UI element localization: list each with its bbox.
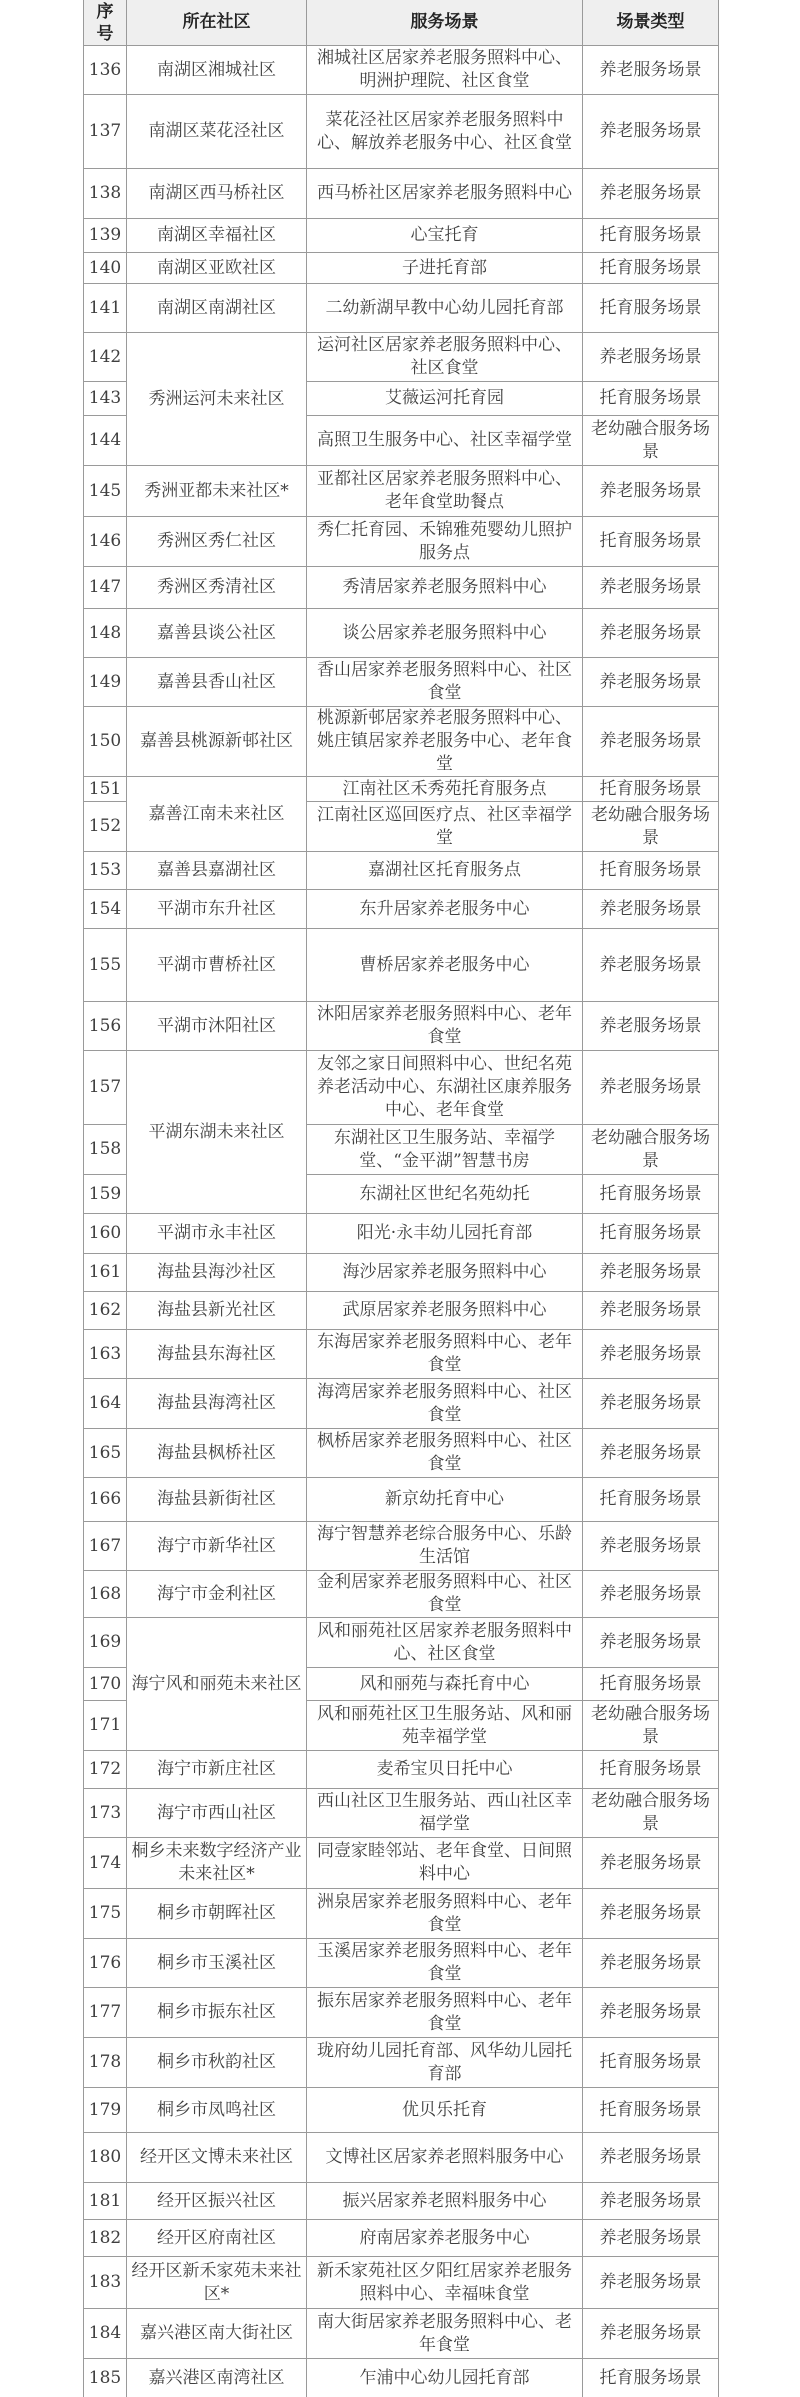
community-cell: 经开区府南社区 [127,2220,307,2257]
service-scene-cell: 秀清居家养老服务照料中心 [307,567,583,609]
community-cell: 南湖区幸福社区 [127,219,307,253]
community-cell: 南湖区亚欧社区 [127,253,307,284]
scene-type-cell: 托育服务场景 [583,253,719,284]
table-row: 145秀洲亚都未来社区*亚都社区居家养老服务照料中心、老年食堂助餐点养老服务场景 [84,466,719,517]
community-cell: 平湖东湖未来社区 [127,1051,307,1214]
row-number: 142 [84,333,127,382]
service-scene-cell: 风和丽苑与森托育中心 [307,1668,583,1701]
community-cell: 秀洲区秀仁社区 [127,517,307,567]
scene-type-cell: 养老服务场景 [583,1618,719,1668]
service-scene-cell: 运河社区居家养老服务照料中心、社区食堂 [307,333,583,382]
service-scene-cell: 府南居家养老服务中心 [307,2220,583,2257]
community-cell: 南湖区湘城社区 [127,46,307,95]
scene-type-cell: 养老服务场景 [583,707,719,777]
community-cell: 海宁市新庄社区 [127,1751,307,1789]
table-body: 136南湖区湘城社区湘城社区居家养老服务照料中心、明洲护理院、社区食堂养老服务场… [84,46,719,2397]
scene-type-cell: 托育服务场景 [583,2359,719,2397]
service-scene-cell: 振兴居家养老照料服务中心 [307,2183,583,2220]
table-row: 142秀洲运河未来社区运河社区居家养老服务照料中心、社区食堂养老服务场景 [84,333,719,382]
scene-type-cell: 养老服务场景 [583,1522,719,1571]
table-row: 156平湖市沐阳社区沐阳居家养老服务照料中心、老年食堂养老服务场景 [84,1002,719,1051]
table-row: 162海盐县新光社区武原居家养老服务照料中心养老服务场景 [84,1292,719,1330]
service-scene-cell: 东湖社区世纪名苑幼托 [307,1175,583,1214]
scene-type-cell: 托育服务场景 [583,1175,719,1214]
row-number: 163 [84,1330,127,1379]
scene-type-cell: 托育服务场景 [583,517,719,567]
scene-type-cell: 养老服务场景 [583,95,719,169]
header-community: 所在社区 [127,0,307,46]
service-scene-cell: 枫桥居家养老服务照料中心、社区食堂 [307,1429,583,1478]
table-row: 184嘉兴港区南大街社区南大街居家养老服务照料中心、老年食堂养老服务场景 [84,2309,719,2359]
community-cell: 海盐县海沙社区 [127,1254,307,1292]
table-row: 169海宁风和丽苑未来社区风和丽苑社区居家养老服务照料中心、社区食堂养老服务场景 [84,1618,719,1668]
service-scene-cell: 东海居家养老服务照料中心、老年食堂 [307,1330,583,1379]
row-number: 168 [84,1571,127,1618]
community-cell: 嘉善县嘉湖社区 [127,852,307,890]
service-scene-cell: 优贝乐托育 [307,2088,583,2133]
table-row: 172海宁市新庄社区麦希宝贝日托中心托育服务场景 [84,1751,719,1789]
table-row: 149嘉善县香山社区香山居家养老服务照料中心、社区食堂养老服务场景 [84,658,719,707]
community-cell: 经开区文博未来社区 [127,2133,307,2183]
service-scene-cell: 海沙居家养老服务照料中心 [307,1254,583,1292]
community-cell: 海盐县东海社区 [127,1330,307,1379]
community-cell: 南湖区菜花泾社区 [127,95,307,169]
row-number: 160 [84,1214,127,1254]
community-cell: 海宁市新华社区 [127,1522,307,1571]
service-scene-cell: 江南社区巡回医疗点、社区幸福学堂 [307,802,583,852]
scene-type-cell: 老幼融合服务场景 [583,1789,719,1838]
community-cell: 南湖区西马桥社区 [127,169,307,219]
service-scene-cell: 玉溪居家养老服务照料中心、老年食堂 [307,1939,583,1988]
community-cell: 秀洲亚都未来社区* [127,466,307,517]
community-cell: 海盐县新街社区 [127,1478,307,1522]
community-cell: 南湖区南湖社区 [127,284,307,333]
row-number: 159 [84,1175,127,1214]
community-scenes-table: 序号 所在社区 服务场景 场景类型 136南湖区湘城社区湘城社区居家养老服务照料… [83,0,719,2397]
row-number: 157 [84,1051,127,1125]
table-row: 160平湖市永丰社区阳光·永丰幼儿园托育部托育服务场景 [84,1214,719,1254]
row-number: 180 [84,2133,127,2183]
scene-type-cell: 养老服务场景 [583,1002,719,1051]
row-number: 161 [84,1254,127,1292]
service-scene-cell: 谈公居家养老服务照料中心 [307,609,583,658]
scene-type-cell: 养老服务场景 [583,890,719,929]
row-number: 182 [84,2220,127,2257]
service-scene-cell: 新禾家苑社区夕阳红居家养老服务照料中心、幸福味食堂 [307,2257,583,2309]
service-scene-cell: 友邻之家日间照料中心、世纪名苑养老活动中心、东湖社区康养服务中心、老年食堂 [307,1051,583,1125]
service-scene-cell: 东升居家养老服务中心 [307,890,583,929]
table-row: 150嘉善县桃源新邨社区桃源新邨居家养老服务照料中心、姚庄镇居家养老服务中心、老… [84,707,719,777]
table-row: 174桐乡未来数字经济产业未来社区*同壹家睦邻站、老年食堂、日间照料中心养老服务… [84,1838,719,1889]
row-number: 154 [84,890,127,929]
table-row: 178桐乡市秋韵社区珑府幼儿园托育部、风华幼儿园托育部托育服务场景 [84,2038,719,2088]
table-row: 173海宁市西山社区西山社区卫生服务站、西山社区幸福学堂老幼融合服务场景 [84,1789,719,1838]
community-cell: 海盐县枫桥社区 [127,1429,307,1478]
community-cell: 平湖市曹桥社区 [127,929,307,1002]
community-cell: 嘉兴港区南大街社区 [127,2309,307,2359]
community-cell: 经开区振兴社区 [127,2183,307,2220]
community-cell: 海宁市西山社区 [127,1789,307,1838]
service-scene-cell: 武原居家养老服务照料中心 [307,1292,583,1330]
row-number: 147 [84,567,127,609]
row-number: 144 [84,416,127,466]
row-number: 171 [84,1701,127,1751]
service-scene-cell: 嘉湖社区托育服务点 [307,852,583,890]
row-number: 151 [84,777,127,802]
service-scene-cell: 江南社区禾秀苑托育服务点 [307,777,583,802]
community-cell: 经开区新禾家苑未来社区* [127,2257,307,2309]
row-number: 170 [84,1668,127,1701]
service-scene-cell: 同壹家睦邻站、老年食堂、日间照料中心 [307,1838,583,1889]
row-number: 167 [84,1522,127,1571]
row-number: 150 [84,707,127,777]
community-cell: 海盐县海湾社区 [127,1379,307,1429]
service-scene-cell: 乍浦中心幼儿园托育部 [307,2359,583,2397]
service-scene-cell: 金利居家养老服务照料中心、社区食堂 [307,1571,583,1618]
row-number: 178 [84,2038,127,2088]
service-scene-cell: 香山居家养老服务照料中心、社区食堂 [307,658,583,707]
row-number: 185 [84,2359,127,2397]
scene-type-cell: 老幼融合服务场景 [583,1125,719,1175]
service-scene-cell: 文博社区居家养老照料服务中心 [307,2133,583,2183]
table-row: 167海宁市新华社区海宁智慧养老综合服务中心、乐龄生活馆养老服务场景 [84,1522,719,1571]
scene-type-cell: 养老服务场景 [583,1292,719,1330]
table-row: 154平湖市东升社区东升居家养老服务中心养老服务场景 [84,890,719,929]
community-cell: 嘉善江南未来社区 [127,777,307,852]
row-number: 177 [84,1988,127,2038]
community-cell: 海宁风和丽苑未来社区 [127,1618,307,1751]
header-scene: 服务场景 [307,0,583,46]
table-row: 153嘉善县嘉湖社区嘉湖社区托育服务点托育服务场景 [84,852,719,890]
scene-type-cell: 养老服务场景 [583,1429,719,1478]
community-cell: 平湖市东升社区 [127,890,307,929]
scene-type-cell: 养老服务场景 [583,929,719,1002]
row-number: 165 [84,1429,127,1478]
row-number: 181 [84,2183,127,2220]
service-scene-cell: 沐阳居家养老服务照料中心、老年食堂 [307,1002,583,1051]
community-cell: 桐乡市朝晖社区 [127,1889,307,1939]
service-scene-cell: 风和丽苑社区卫生服务站、风和丽苑幸福学堂 [307,1701,583,1751]
row-number: 153 [84,852,127,890]
community-cell: 桐乡市振东社区 [127,1988,307,2038]
row-number: 175 [84,1889,127,1939]
table-row: 140南湖区亚欧社区子进托育部托育服务场景 [84,253,719,284]
service-scene-cell: 曹桥居家养老服务中心 [307,929,583,1002]
table-row: 138南湖区西马桥社区西马桥社区居家养老服务照料中心养老服务场景 [84,169,719,219]
header-no: 序号 [84,0,127,46]
scene-type-cell: 养老服务场景 [583,2183,719,2220]
scene-type-cell: 养老服务场景 [583,609,719,658]
service-scene-cell: 秀仁托育园、禾锦雅苑婴幼儿照护服务点 [307,517,583,567]
service-scene-cell: 桃源新邨居家养老服务照料中心、姚庄镇居家养老服务中心、老年食堂 [307,707,583,777]
table-row: 168海宁市金利社区金利居家养老服务照料中心、社区食堂养老服务场景 [84,1571,719,1618]
scene-type-cell: 老幼融合服务场景 [583,802,719,852]
community-cell: 嘉善县香山社区 [127,658,307,707]
table-row: 146秀洲区秀仁社区秀仁托育园、禾锦雅苑婴幼儿照护服务点托育服务场景 [84,517,719,567]
service-scene-cell: 艾薇运河托育园 [307,382,583,416]
service-scene-cell: 阳光·永丰幼儿园托育部 [307,1214,583,1254]
service-scene-cell: 湘城社区居家养老服务照料中心、明洲护理院、社区食堂 [307,46,583,95]
service-scene-cell: 南大街居家养老服务照料中心、老年食堂 [307,2309,583,2359]
scene-type-cell: 养老服务场景 [583,1330,719,1379]
row-number: 173 [84,1789,127,1838]
scene-type-cell: 托育服务场景 [583,2038,719,2088]
scene-type-cell: 养老服务场景 [583,1051,719,1125]
row-number: 146 [84,517,127,567]
community-cell: 桐乡未来数字经济产业未来社区* [127,1838,307,1889]
scene-type-cell: 托育服务场景 [583,1214,719,1254]
service-scene-cell: 心宝托育 [307,219,583,253]
table-row: 136南湖区湘城社区湘城社区居家养老服务照料中心、明洲护理院、社区食堂养老服务场… [84,46,719,95]
community-cell: 桐乡市玉溪社区 [127,1939,307,1988]
scene-type-cell: 托育服务场景 [583,1751,719,1789]
row-number: 166 [84,1478,127,1522]
service-scene-cell: 西马桥社区居家养老服务照料中心 [307,169,583,219]
table-row: 183经开区新禾家苑未来社区*新禾家苑社区夕阳红居家养老服务照料中心、幸福味食堂… [84,2257,719,2309]
scene-type-cell: 托育服务场景 [583,284,719,333]
scene-type-cell: 养老服务场景 [583,466,719,517]
scene-type-cell: 托育服务场景 [583,852,719,890]
table-row: 163海盐县东海社区东海居家养老服务照料中心、老年食堂养老服务场景 [84,1330,719,1379]
service-scene-cell: 菜花泾社区居家养老服务照料中心、解放养老服务中心、社区食堂 [307,95,583,169]
scene-type-cell: 托育服务场景 [583,1478,719,1522]
service-scene-cell: 珑府幼儿园托育部、风华幼儿园托育部 [307,2038,583,2088]
row-number: 158 [84,1125,127,1175]
table-row: 165海盐县枫桥社区枫桥居家养老服务照料中心、社区食堂养老服务场景 [84,1429,719,1478]
scene-type-cell: 托育服务场景 [583,1668,719,1701]
scene-type-cell: 养老服务场景 [583,1571,719,1618]
community-cell: 桐乡市秋韵社区 [127,2038,307,2088]
table-row: 155平湖市曹桥社区曹桥居家养老服务中心养老服务场景 [84,929,719,1002]
service-scene-cell: 海宁智慧养老综合服务中心、乐龄生活馆 [307,1522,583,1571]
service-scene-cell: 振东居家养老服务照料中心、老年食堂 [307,1988,583,2038]
header-type: 场景类型 [583,0,719,46]
scene-type-cell: 托育服务场景 [583,219,719,253]
scene-type-cell: 养老服务场景 [583,46,719,95]
table-row: 151嘉善江南未来社区江南社区禾秀苑托育服务点托育服务场景 [84,777,719,802]
service-scene-cell: 东湖社区卫生服务站、幸福学堂、“金平湖”智慧书房 [307,1125,583,1175]
scene-type-cell: 老幼融合服务场景 [583,1701,719,1751]
row-number: 179 [84,2088,127,2133]
table-row: 181经开区振兴社区振兴居家养老照料服务中心养老服务场景 [84,2183,719,2220]
table-row: 147秀洲区秀清社区秀清居家养老服务照料中心养老服务场景 [84,567,719,609]
community-cell: 嘉善县谈公社区 [127,609,307,658]
scene-type-cell: 养老服务场景 [583,2133,719,2183]
row-number: 137 [84,95,127,169]
scene-type-cell: 养老服务场景 [583,1838,719,1889]
row-number: 156 [84,1002,127,1051]
service-scene-cell: 麦希宝贝日托中心 [307,1751,583,1789]
row-number: 152 [84,802,127,852]
row-number: 176 [84,1939,127,1988]
row-number: 140 [84,253,127,284]
scene-type-cell: 养老服务场景 [583,169,719,219]
table-header-row: 序号 所在社区 服务场景 场景类型 [84,0,719,46]
community-cell: 桐乡市凤鸣社区 [127,2088,307,2133]
service-scene-cell: 洲泉居家养老服务照料中心、老年食堂 [307,1889,583,1939]
scene-type-cell: 养老服务场景 [583,2220,719,2257]
row-number: 145 [84,466,127,517]
scene-type-cell: 养老服务场景 [583,2257,719,2309]
row-number: 174 [84,1838,127,1889]
scene-type-cell: 养老服务场景 [583,1988,719,2038]
scene-type-cell: 养老服务场景 [583,658,719,707]
row-number: 155 [84,929,127,1002]
table-row: 179桐乡市凤鸣社区优贝乐托育托育服务场景 [84,2088,719,2133]
table-row: 148嘉善县谈公社区谈公居家养老服务照料中心养老服务场景 [84,609,719,658]
table-row: 180经开区文博未来社区文博社区居家养老照料服务中心养老服务场景 [84,2133,719,2183]
community-cell: 秀洲运河未来社区 [127,333,307,466]
table-row: 177桐乡市振东社区振东居家养老服务照料中心、老年食堂养老服务场景 [84,1988,719,2038]
community-cell: 平湖市永丰社区 [127,1214,307,1254]
row-number: 169 [84,1618,127,1668]
service-scene-cell: 亚都社区居家养老服务照料中心、老年食堂助餐点 [307,466,583,517]
table-row: 182经开区府南社区府南居家养老服务中心养老服务场景 [84,2220,719,2257]
row-number: 149 [84,658,127,707]
row-number: 141 [84,284,127,333]
table-row: 141南湖区南湖社区二幼新湖早教中心幼儿园托育部托育服务场景 [84,284,719,333]
scene-type-cell: 托育服务场景 [583,2088,719,2133]
scene-type-cell: 养老服务场景 [583,567,719,609]
service-scene-cell: 二幼新湖早教中心幼儿园托育部 [307,284,583,333]
table-row: 164海盐县海湾社区海湾居家养老服务照料中心、社区食堂养老服务场景 [84,1379,719,1429]
table-row: 161海盐县海沙社区海沙居家养老服务照料中心养老服务场景 [84,1254,719,1292]
community-cell: 秀洲区秀清社区 [127,567,307,609]
scene-type-cell: 养老服务场景 [583,333,719,382]
row-number: 139 [84,219,127,253]
row-number: 184 [84,2309,127,2359]
scene-type-cell: 养老服务场景 [583,1379,719,1429]
row-number: 138 [84,169,127,219]
community-cell: 海宁市金利社区 [127,1571,307,1618]
row-number: 162 [84,1292,127,1330]
table-row: 175桐乡市朝晖社区洲泉居家养老服务照料中心、老年食堂养老服务场景 [84,1889,719,1939]
table-row: 176桐乡市玉溪社区玉溪居家养老服务照料中心、老年食堂养老服务场景 [84,1939,719,1988]
community-cell: 嘉兴港区南湾社区 [127,2359,307,2397]
service-scene-cell: 风和丽苑社区居家养老服务照料中心、社区食堂 [307,1618,583,1668]
service-scene-cell: 海湾居家养老服务照料中心、社区食堂 [307,1379,583,1429]
scene-type-cell: 养老服务场景 [583,1254,719,1292]
service-scene-cell: 西山社区卫生服务站、西山社区幸福学堂 [307,1789,583,1838]
row-number: 183 [84,2257,127,2309]
row-number: 143 [84,382,127,416]
table-row: 137南湖区菜花泾社区菜花泾社区居家养老服务照料中心、解放养老服务中心、社区食堂… [84,95,719,169]
table-row: 185嘉兴港区南湾社区乍浦中心幼儿园托育部托育服务场景 [84,2359,719,2397]
scene-type-cell: 养老服务场景 [583,2309,719,2359]
row-number: 172 [84,1751,127,1789]
service-scene-cell: 子进托育部 [307,253,583,284]
row-number: 164 [84,1379,127,1429]
table-row: 157平湖东湖未来社区友邻之家日间照料中心、世纪名苑养老活动中心、东湖社区康养服… [84,1051,719,1125]
community-cell: 海盐县新光社区 [127,1292,307,1330]
row-number: 136 [84,46,127,95]
scene-type-cell: 托育服务场景 [583,777,719,802]
service-scene-cell: 高照卫生服务中心、社区幸福学堂 [307,416,583,466]
scene-type-cell: 老幼融合服务场景 [583,416,719,466]
row-number: 148 [84,609,127,658]
scene-type-cell: 养老服务场景 [583,1889,719,1939]
table-row: 166海盐县新街社区新京幼托育中心托育服务场景 [84,1478,719,1522]
community-cell: 平湖市沐阳社区 [127,1002,307,1051]
community-cell: 嘉善县桃源新邨社区 [127,707,307,777]
scene-type-cell: 养老服务场景 [583,1939,719,1988]
table-row: 139南湖区幸福社区心宝托育托育服务场景 [84,219,719,253]
scene-type-cell: 托育服务场景 [583,382,719,416]
service-scene-cell: 新京幼托育中心 [307,1478,583,1522]
